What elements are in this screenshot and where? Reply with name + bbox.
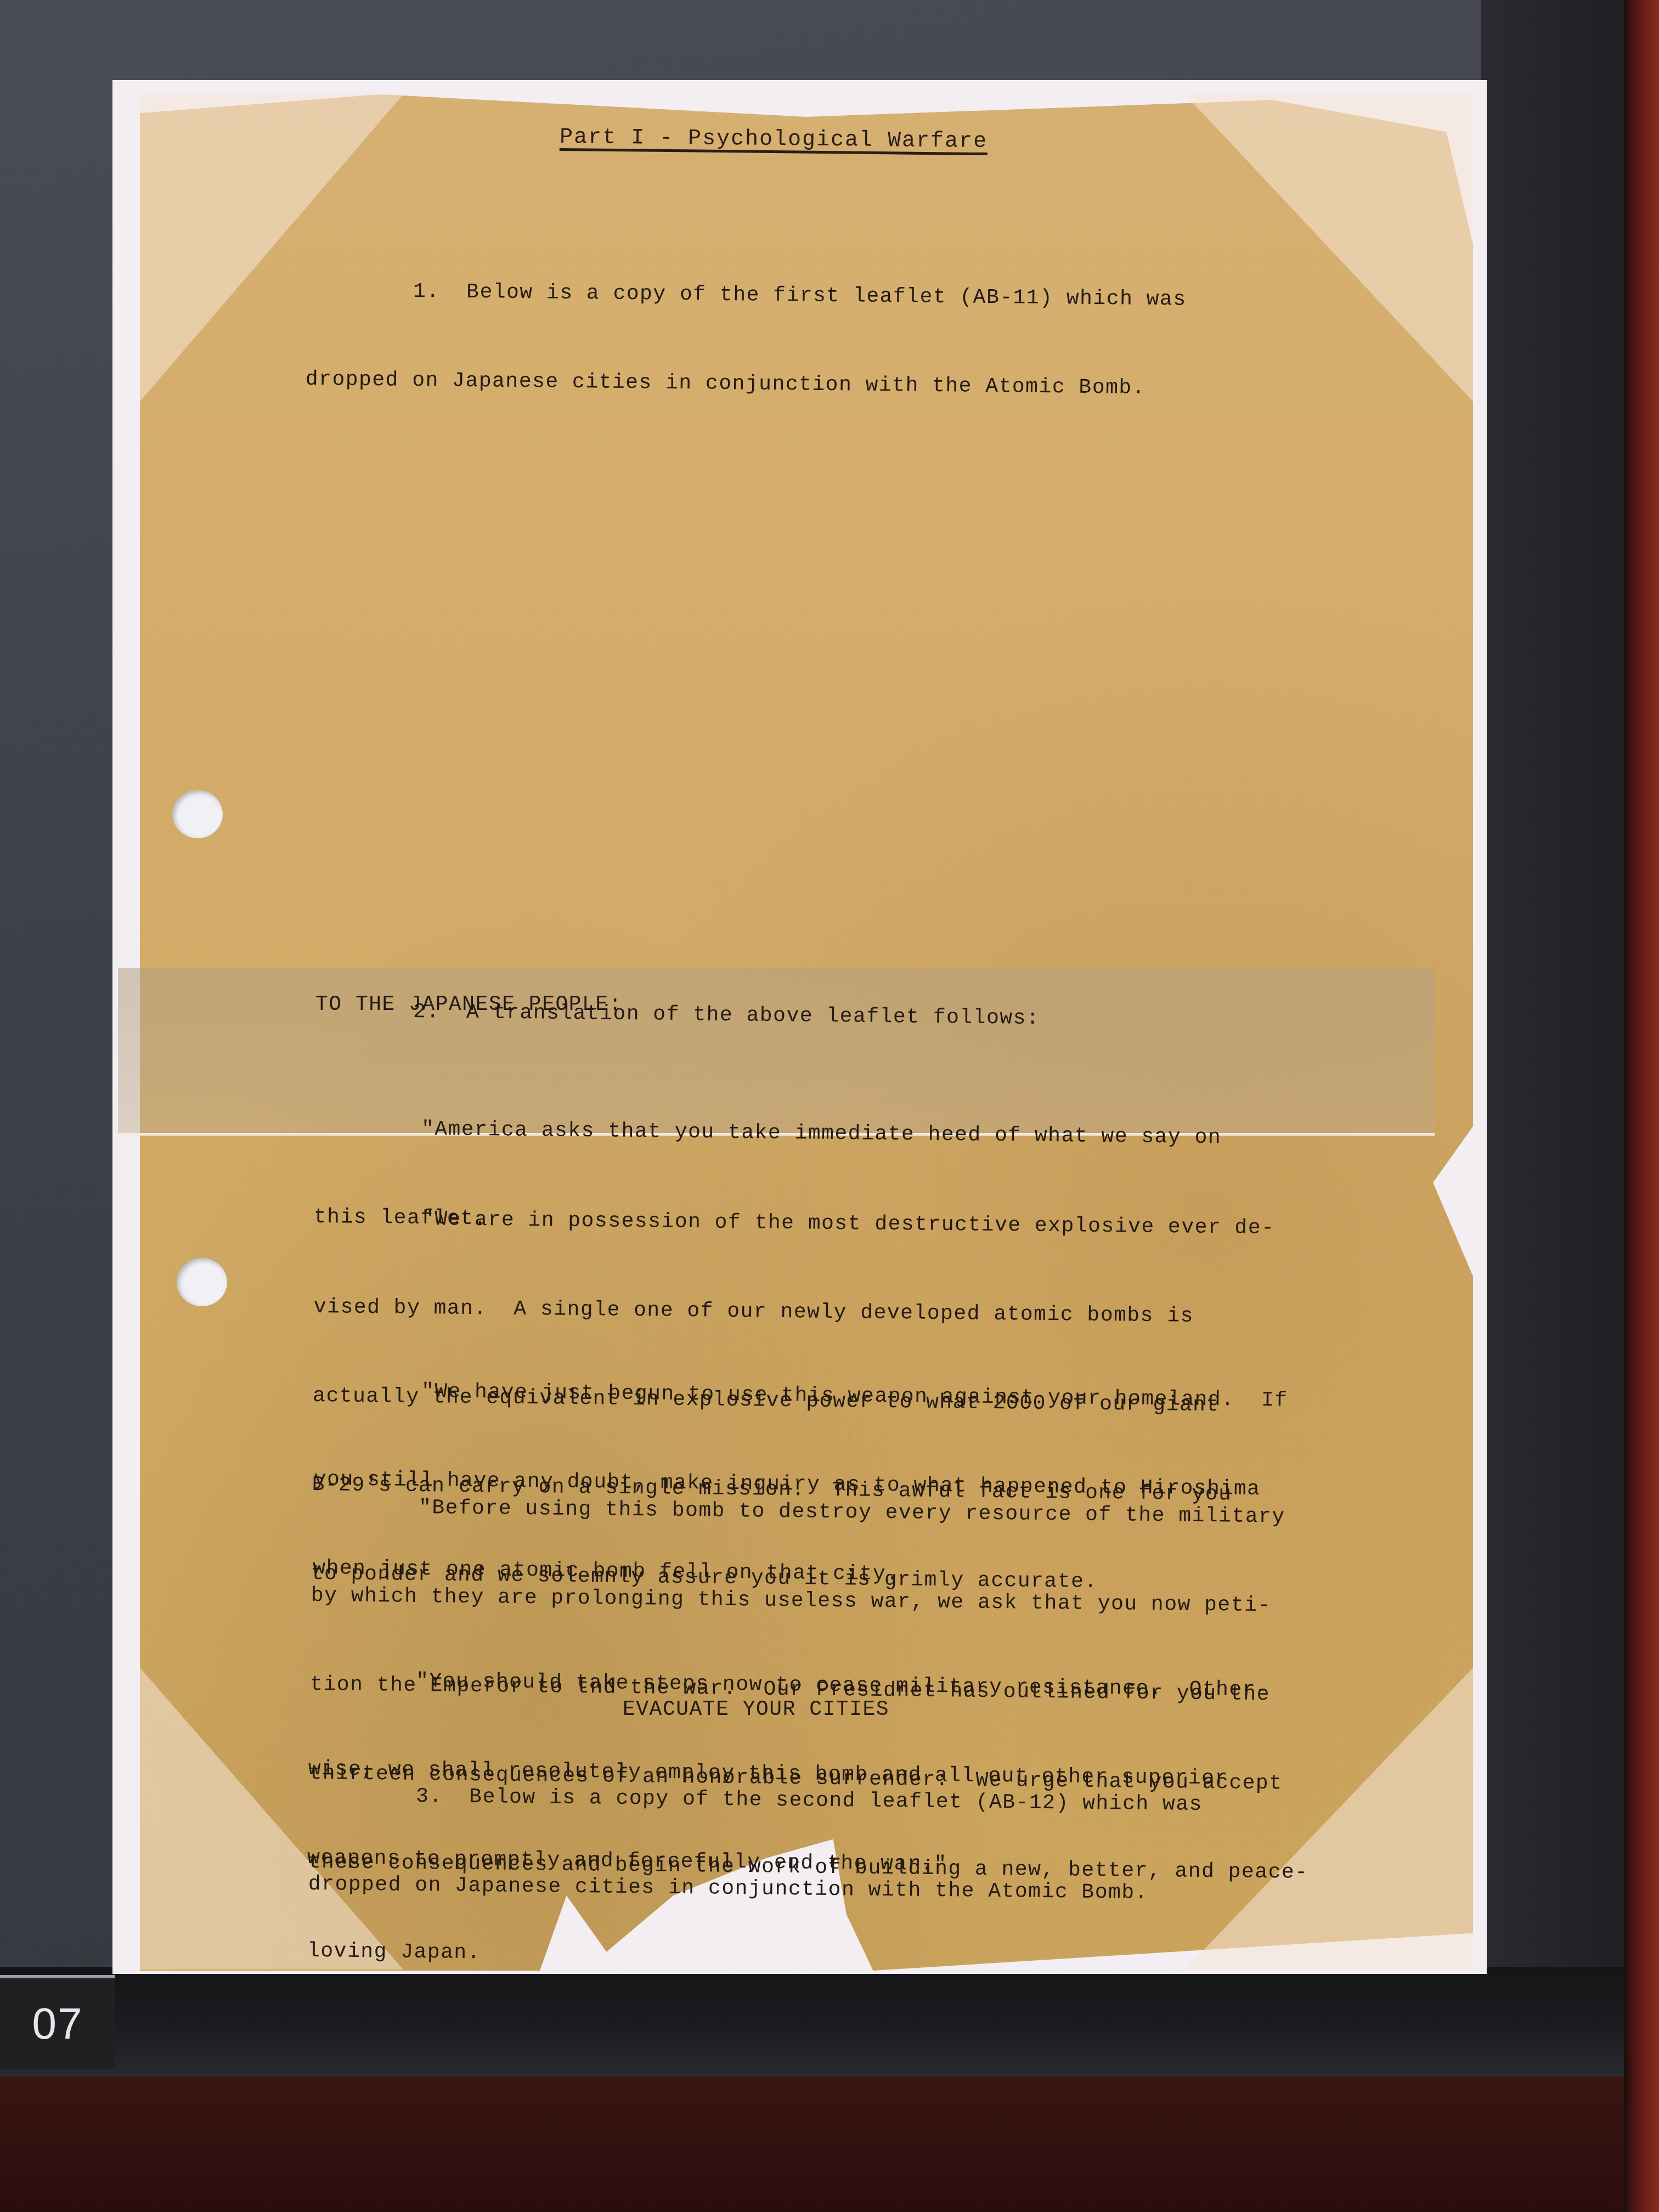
text-line: "We are in possession of the most destru…: [314, 1204, 1274, 1243]
punch-hole-icon: [172, 790, 223, 838]
display-frame-edge: [1481, 0, 1624, 2076]
exhibit-number-label: 07: [0, 1975, 115, 2069]
leaflet-closing-heading: EVACUATE YOUR CITIES: [623, 1695, 889, 1725]
floor: [0, 2076, 1624, 2212]
text-line: loving Japan.: [307, 1937, 1307, 1977]
item-1-paragraph: 1. Below is a copy of the first leaflet …: [305, 217, 1187, 433]
item-3-paragraph: 3. Below is a copy of the second leaflet…: [308, 1722, 1203, 1938]
text-line: 3. Below is a copy of the second leaflet…: [309, 1781, 1203, 1820]
text-line: "We have just begun to use this weapon a…: [314, 1376, 1288, 1416]
text-line: dropped on Japanese cities in conjunctio…: [308, 1870, 1202, 1909]
text-line: 1. Below is a copy of the first leaflet …: [306, 276, 1187, 315]
text-line: "Before using this bomb to destroy every…: [312, 1492, 1312, 1532]
exhibit-number: 07: [32, 1999, 83, 2049]
document-title: Part I - Psychological Warfare: [560, 125, 988, 154]
red-wall: [1624, 0, 1659, 2212]
leaflet-salutation: TO THE JAPANESE PEOPLE:: [315, 990, 622, 1020]
text-line: dropped on Japanese cities in conjunctio…: [306, 365, 1186, 404]
punch-hole-icon: [177, 1258, 227, 1306]
